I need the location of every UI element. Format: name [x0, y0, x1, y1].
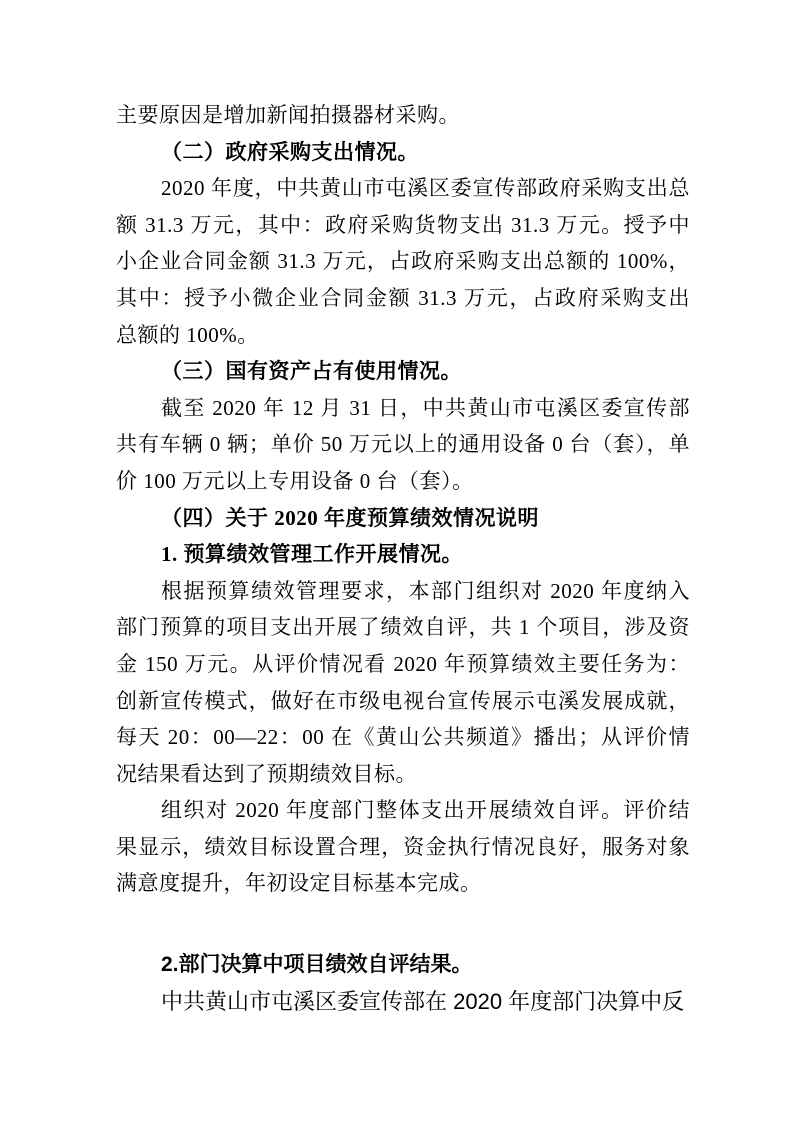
body-line: 中共黄山市屯溪区委宣传部在 2020 年度部门决算中反	[116, 983, 690, 1020]
body-line: 金 150 万元。从评价情况看 2020 年预算绩效主要任务为：	[116, 646, 690, 683]
body-line: 价 100 万元以上专用设备 0 台（套）。	[116, 463, 690, 500]
body-line: 截至 2020 年 12 月 31 日，中共黄山市屯溪区委宣传部	[116, 390, 690, 427]
body-line: 总额的 100%。	[116, 317, 690, 354]
body-line: 额 31.3 万元，其中：政府采购货物支出 31.3 万元。授予中	[116, 207, 690, 244]
section-heading-4-budget-performance: （四）关于 2020 年度预算绩效情况说明	[116, 500, 690, 537]
body-line: 根据预算绩效管理要求，本部门组织对 2020 年度纳入	[116, 573, 690, 610]
body-line: 其中：授予小微企业合同金额 31.3 万元，占政府采购支出	[116, 280, 690, 317]
subheading-2-self-evaluation-results: 2.部门决算中项目绩效自评结果。	[116, 946, 690, 983]
document-page: 主要原因是增加新闻拍摄器材采购。 （二）政府采购支出情况。 2020 年度，中共…	[0, 0, 793, 1122]
document-content: 主要原因是增加新闻拍摄器材采购。 （二）政府采购支出情况。 2020 年度，中共…	[116, 97, 690, 1020]
body-line: 创新宣传模式，做好在市级电视台宣传展示屯溪发展成就，	[116, 683, 690, 720]
body-line: 满意度提升，年初设定目标基本完成。	[116, 865, 690, 902]
blank-line-gap	[116, 902, 690, 946]
section-heading-2-gov-procurement: （二）政府采购支出情况。	[116, 134, 690, 171]
body-line: 果显示，绩效目标设置合理，资金执行情况良好，服务对象	[116, 829, 690, 866]
section-heading-3-state-assets: （三）国有资产占有使用情况。	[116, 353, 690, 390]
body-line: 况结果看达到了预期绩效目标。	[116, 756, 690, 793]
body-line: 共有车辆 0 辆；单价 50 万元以上的通用设备 0 台（套），单	[116, 426, 690, 463]
body-line: 小企业合同金额 31.3 万元，占政府采购支出总额的 100%，	[116, 243, 690, 280]
body-line: 组织对 2020 年度部门整体支出开展绩效自评。评价结	[116, 792, 690, 829]
body-line: 部门预算的项目支出开展了绩效自评，共 1 个项目，涉及资	[116, 609, 690, 646]
body-line: 主要原因是增加新闻拍摄器材采购。	[116, 97, 690, 134]
subheading-1-performance-management: 1. 预算绩效管理工作开展情况。	[116, 536, 690, 573]
body-line: 每天 20：00—22：00 在《黄山公共频道》播出；从评价情	[116, 719, 690, 756]
body-line: 2020 年度，中共黄山市屯溪区委宣传部政府采购支出总	[116, 170, 690, 207]
